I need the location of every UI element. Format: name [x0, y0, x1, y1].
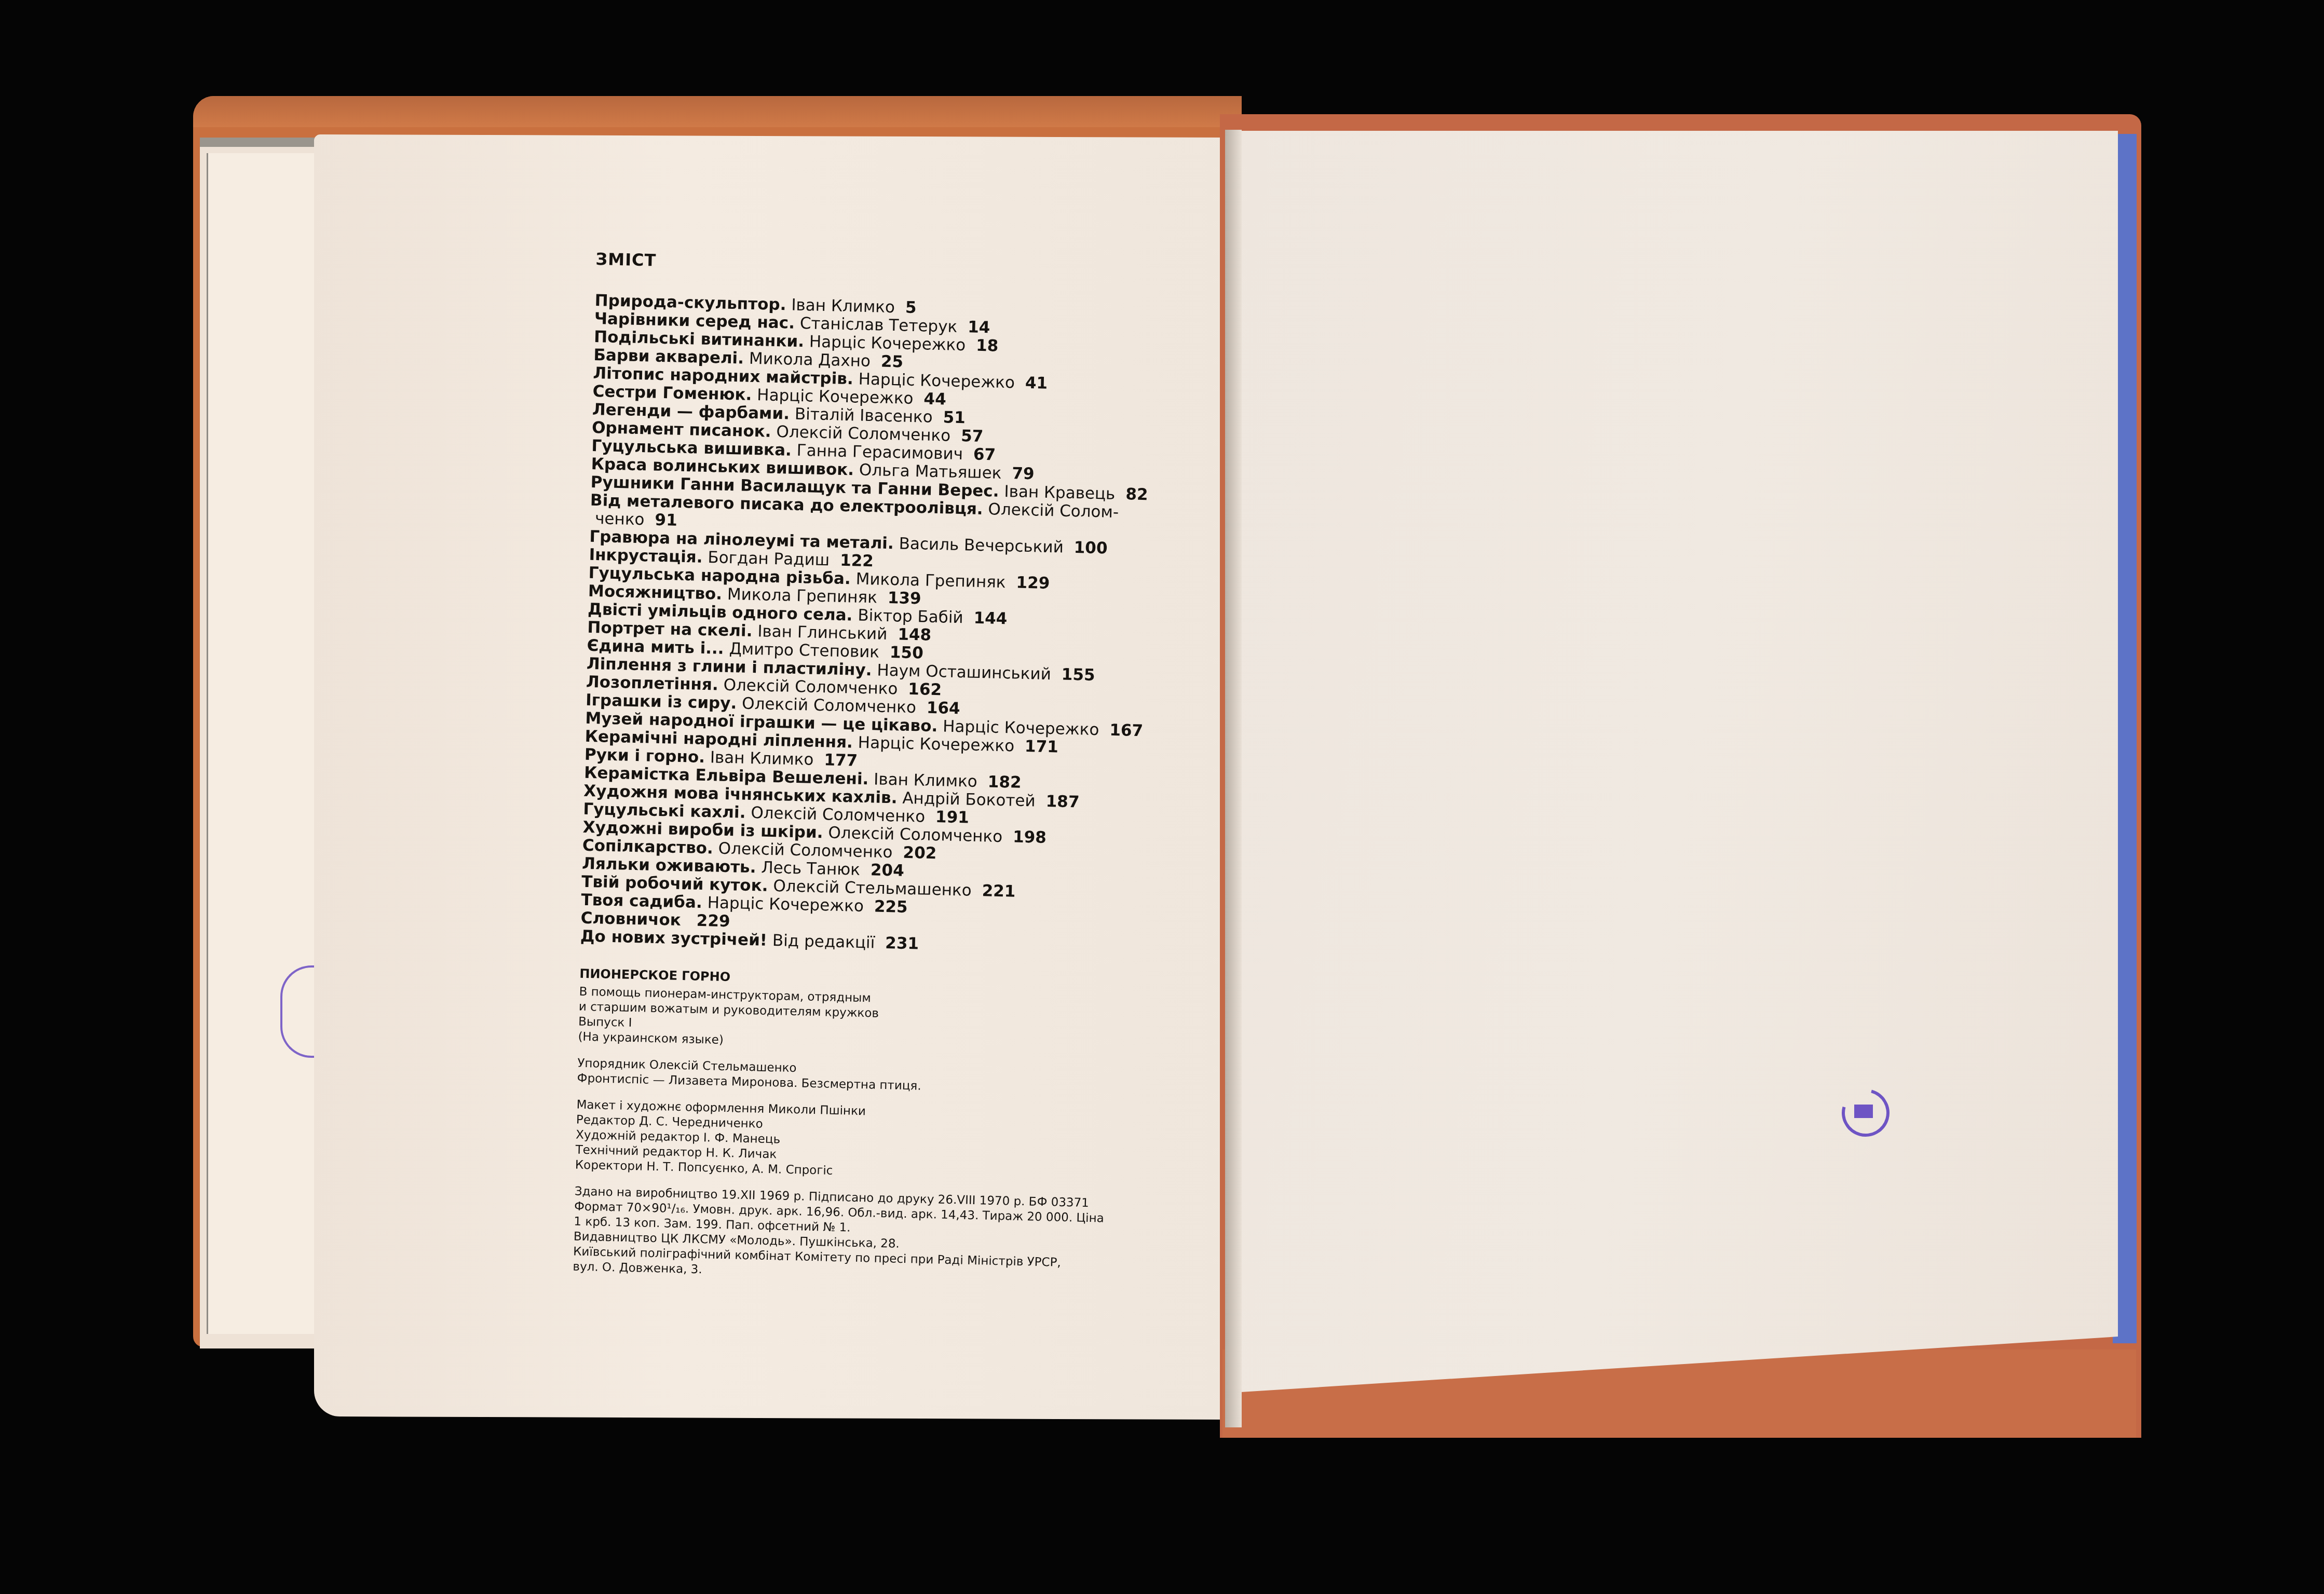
- toc-entry-author: Іван Кравець: [1004, 482, 1116, 503]
- right-endpaper: [1241, 131, 2118, 1392]
- toc-entry-author: Нарціс Кочережко: [858, 733, 1014, 756]
- toc-entry-page: 144: [973, 609, 1008, 628]
- toc-entry-title: Словничок: [580, 909, 681, 930]
- toc-entry-author: ченко: [595, 509, 645, 529]
- toc-entry-author: [686, 911, 686, 930]
- toc-entry-page: 41: [1025, 374, 1048, 393]
- toc-entry-page: 198: [1013, 828, 1047, 847]
- toc-entry-author: Іван Климко: [710, 748, 814, 769]
- toc-entry-page: 148: [898, 625, 932, 644]
- toc-entry-page: 225: [874, 897, 908, 916]
- toc-entry-page: 129: [1016, 574, 1050, 593]
- toc-entry-page: 82: [1125, 485, 1148, 504]
- toc-entry-page: 79: [1012, 464, 1035, 483]
- imprint: ПИОНЕРСКОЕ ГОРНО В помощь пионерам-инстр…: [573, 966, 1192, 1289]
- library-stamp-mark-icon: [1854, 1105, 1873, 1118]
- toc-entry-author: Від редакції: [772, 931, 875, 952]
- toc-entry-author: Лесь Танюк: [761, 859, 860, 879]
- toc-entry-page: 25: [881, 352, 904, 372]
- toc-entry-page: 221: [982, 881, 1016, 901]
- toc-entry-page: 177: [824, 751, 858, 770]
- spine-gutter: [1225, 130, 1242, 1427]
- toc-entry-page: 191: [935, 808, 970, 827]
- toc-entry-page: 202: [903, 843, 937, 863]
- left-cover-top-edge: [193, 96, 1242, 127]
- toc-entry-page: 231: [885, 934, 919, 953]
- toc-entry-page: 162: [908, 680, 942, 699]
- toc-entry-page: 164: [927, 699, 961, 718]
- toc-entry-page: [1129, 503, 1130, 522]
- toc-entry-page: 100: [1073, 538, 1108, 557]
- toc-entry-page: 155: [1061, 665, 1095, 685]
- toc-entry-author: Олексій Солом-: [988, 500, 1119, 522]
- toc-entry-page: 150: [890, 643, 924, 662]
- toc-entry-title: [590, 509, 590, 528]
- toc-entry-author: Іван Климко: [791, 296, 895, 317]
- toc-entry-author: Нарціс Кочережко: [707, 893, 864, 916]
- toc-entry-page: 51: [943, 408, 966, 427]
- toc-entry-author: Віктор Бабій: [858, 606, 963, 628]
- toc-entry-page: 14: [968, 318, 990, 337]
- toc-entry-page: 44: [923, 389, 946, 408]
- toc-entry-page: 5: [905, 298, 917, 317]
- left-page-text: ЗМІСТ Природа-скульптор.Іван Климко5Чарі…: [573, 249, 1208, 1288]
- ink-stamp-partial-icon: [280, 965, 319, 1058]
- toc-entry-page: 57: [961, 427, 984, 446]
- toc-entry-page: 67: [973, 445, 996, 465]
- toc-entry-page: 182: [987, 772, 1022, 792]
- toc-entry-page: 187: [1045, 792, 1080, 811]
- toc-entry-author: Іван Климко: [874, 770, 977, 791]
- toc-entry-page: 229: [696, 911, 730, 931]
- toc-entry-page: 167: [1109, 721, 1144, 740]
- toc-entry-page: 18: [976, 336, 999, 356]
- toc-entry-page: 122: [840, 551, 874, 570]
- toc-entry-page: 139: [888, 589, 922, 608]
- toc-entry-author: Василь Вечерський: [899, 534, 1064, 556]
- toc-entry-page: 171: [1025, 737, 1059, 756]
- flyleaf: [207, 153, 328, 1334]
- toc-list: Природа-скульптор.Іван Климко5Чарівники …: [580, 292, 1207, 959]
- toc-entry-page: 204: [871, 861, 905, 880]
- toc-entry-page: 91: [655, 511, 677, 530]
- toc-entry-title: До нових зустрічей!: [580, 927, 768, 950]
